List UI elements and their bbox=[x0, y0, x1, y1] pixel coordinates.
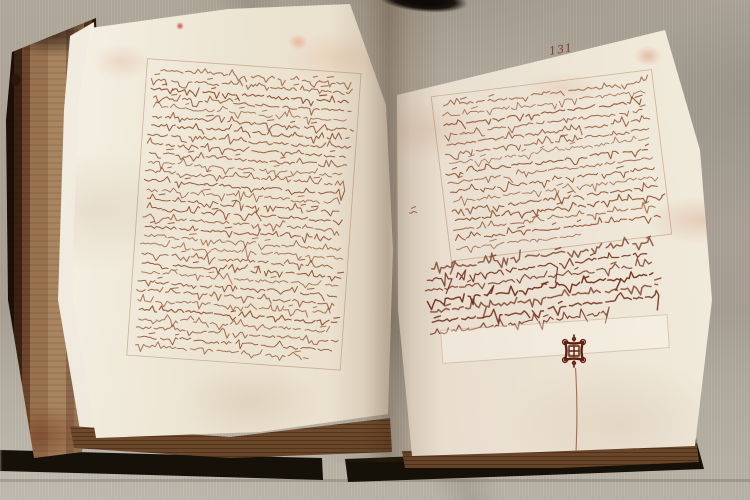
gutter-shadow bbox=[330, 0, 442, 462]
ruled-box bbox=[440, 314, 670, 364]
notarial-sign-icon bbox=[556, 333, 592, 369]
notary-subscription-block bbox=[0, 0, 750, 500]
right-page-bottom-edges bbox=[0, 0, 750, 500]
book-shadow-right bbox=[0, 0, 750, 500]
plummet-line bbox=[574, 368, 582, 452]
front-cover-board bbox=[0, 0, 750, 500]
book-shadow-left bbox=[0, 0, 750, 500]
cloth-fold-shadow bbox=[0, 0, 750, 500]
cloth-background bbox=[0, 0, 750, 500]
dark-object-top bbox=[377, 0, 469, 16]
left-page bbox=[0, 0, 750, 500]
folio-number: 131 bbox=[548, 41, 574, 58]
photo-scene: 131 bbox=[0, 0, 750, 500]
marginal-annotation bbox=[0, 0, 750, 500]
right-page bbox=[0, 0, 750, 500]
left-page-text-block bbox=[0, 0, 750, 500]
left-page-bottom-edges bbox=[0, 0, 750, 500]
right-page-text-block bbox=[0, 0, 750, 500]
flyleaf-edge bbox=[0, 0, 750, 500]
